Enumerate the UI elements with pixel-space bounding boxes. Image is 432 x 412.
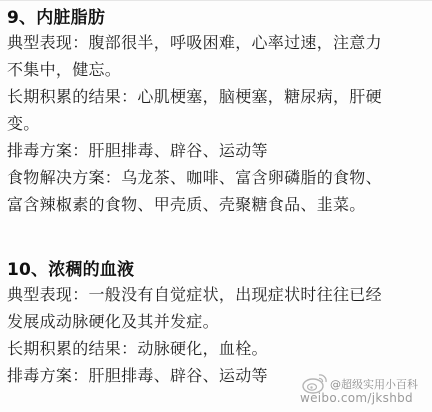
text-line: 食物解决方案：乌龙茶、咖啡、富含卵磷脂的食物、: [7, 164, 427, 191]
section-heading: 10、浓稠的血液: [7, 259, 427, 281]
long-term-result-paragraph: 长期积累的结果：动脉硬化，血栓。: [7, 335, 427, 362]
text-line: 变。: [7, 110, 427, 137]
text-line: 不集中，健忘。: [7, 56, 427, 83]
weibo-watermark: @超级实用小百科 weibo.com/jkshbd: [300, 371, 432, 411]
long-term-result-paragraph: 长期积累的结果：心肌梗塞，脑梗塞，糖尿病，肝硬 变。: [7, 83, 427, 137]
typical-symptoms-paragraph: 典型表现：一般没有自觉症状，出现症状时往往已经 发展成动脉硬化及其并发症。: [7, 281, 427, 335]
food-solution-paragraph: 食物解决方案：乌龙茶、咖啡、富含卵磷脂的食物、 富含辣椒素的食物、甲壳质、壳聚糖…: [7, 164, 427, 218]
document-page: 9、内脏脂肪 典型表现：腹部很半，呼吸困难，心率过速，注意力 不集中，健忘。 长…: [0, 0, 432, 412]
text-line: 发展成动脉硬化及其并发症。: [7, 308, 427, 335]
text-line: 长期积累的结果：心肌梗塞，脑梗塞，糖尿病，肝硬: [7, 83, 427, 110]
typical-symptoms-paragraph: 典型表现：腹部很半，呼吸困难，心率过速，注意力 不集中，健忘。: [7, 29, 427, 83]
text-line: 长期积累的结果：动脉硬化，血栓。: [7, 335, 427, 362]
text-line: 富含辣椒素的食物、甲壳质、壳聚糖食品、韭菜。: [7, 191, 427, 218]
text-line: 典型表现：一般没有自觉症状，出现症状时往往已经: [7, 281, 427, 308]
section-thick-blood: 10、浓稠的血液 典型表现：一般没有自觉症状，出现症状时往往已经 发展成动脉硬化…: [7, 259, 427, 389]
detox-plan-paragraph: 排毒方案：肝胆排毒、辟谷、运动等: [7, 137, 427, 164]
weibo-url: weibo.com/jkshbd: [300, 391, 413, 405]
section-heading: 9、内脏脂肪: [7, 7, 427, 29]
section-visceral-fat: 9、内脏脂肪 典型表现：腹部很半，呼吸困难，心率过速，注意力 不集中，健忘。 长…: [7, 7, 427, 218]
text-line: 排毒方案：肝胆排毒、辟谷、运动等: [7, 137, 427, 164]
weibo-handle: @超级实用小百科: [330, 376, 418, 392]
text-line: 典型表现：腹部很半，呼吸困难，心率过速，注意力: [7, 29, 427, 56]
